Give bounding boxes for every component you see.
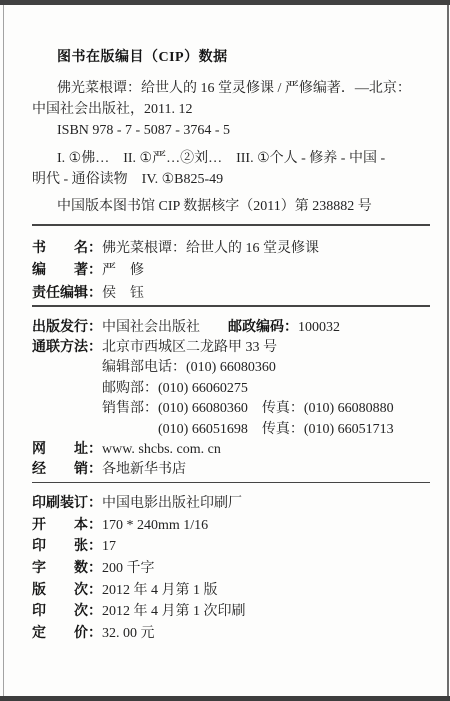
publisher-section: 出版发行： 中国社会出版社 邮政编码： 100032 通联方法： 北京市西城区二… [32,318,430,481]
publisher-row: 出版发行： 中国社会出版社 邮政编码： 100032 [32,318,430,338]
cip-entry-line2: 中国社会出版社，2011. 12 [32,99,430,120]
cip-classification-line1: I. ①佛… II. ①严…②刘… III. ①个人 - 修养 - 中国 - [32,148,430,169]
cip-heading: 图书在版编目（CIP）数据 [32,47,430,69]
printer-label: 印刷装订： [32,493,102,515]
editor-label: 责任编辑： [32,283,102,306]
website-label: 网 址： [32,440,102,460]
printer-row: 印刷装订： 中国电影出版社印刷厂 [32,493,430,515]
author-label: 编 著： [32,260,102,283]
price-value: 32. 00 元 [102,623,155,645]
printing-section: 印刷装订： 中国电影出版社印刷厂 开 本： 170 * 240mm 1/16 印… [32,493,430,644]
page-content: 图书在版编目（CIP）数据 佛光菜根谭：给世人的 16 堂灵修课 / 严修编著．… [32,0,430,644]
impression-row: 印 次： 2012 年 4 月第 1 次印刷 [32,601,430,623]
distribution-label: 经 销： [32,460,102,480]
sales-value: 销售部：(010) 66080360 传真：(010) 66080880 [102,399,394,419]
contact-row: 通联方法： 北京市西城区二龙路甲 33 号 [32,338,430,358]
sales-row-2: (010) 66051698 传真：(010) 66051713 [32,420,430,440]
edition-row: 版 次： 2012 年 4 月第 1 版 [32,580,430,602]
editor-row: 责任编辑： 侯 钰 [32,283,430,306]
mail-order-value: 邮购部：(010) 66060275 [102,379,248,399]
editorial-phone-value: 编辑部电话：(010) 66080360 [102,358,276,378]
cip-record-number: 中国版本图书馆 CIP 数据核字（2011）第 238882 号 [32,196,430,217]
book-copyright-page: 图书在版编目（CIP）数据 佛光菜根谭：给世人的 16 堂灵修课 / 严修编著．… [0,0,450,701]
distribution-row: 经 销： 各地新华书店 [32,460,430,480]
publisher-label: 出版发行： [32,318,102,338]
price-row: 定 价： 32. 00 元 [32,623,430,645]
scan-left-edge [3,5,4,696]
book-info-section: 书 名： 佛光菜根谭：给世人的 16 堂灵修课 编 著： 严 修 责任编辑： 侯… [32,238,430,306]
sheets-label: 印 张： [32,536,102,558]
format-row: 开 本： 170 * 240mm 1/16 [32,515,430,537]
book-title-row: 书 名： 佛光菜根谭：给世人的 16 堂灵修课 [32,238,430,261]
format-label: 开 本： [32,515,102,537]
format-value: 170 * 240mm 1/16 [102,515,208,537]
book-title-value: 佛光菜根谭：给世人的 16 堂灵修课 [102,238,319,261]
word-count-label: 字 数： [32,558,102,580]
scan-bottom-edge [0,696,450,701]
impression-value: 2012 年 4 月第 1 次印刷 [102,601,246,623]
cip-entry-line1: 佛光菜根谭：给世人的 16 堂灵修课 / 严修编著．—北京： [32,78,430,99]
editor-value: 侯 钰 [102,283,144,306]
edition-label: 版 次： [32,580,102,602]
publisher-value: 中国社会出版社 [102,318,200,338]
word-count-value: 200 千字 [102,558,155,580]
editorial-phone-row: 编辑部电话：(010) 66080360 [32,358,430,378]
contact-value: 北京市西城区二龙路甲 33 号 [102,338,277,358]
divider-after-publisher [32,482,430,484]
impression-label: 印 次： [32,601,102,623]
author-value: 严 修 [102,260,144,283]
distribution-value: 各地新华书店 [102,460,186,480]
cip-classification-line2: 明代 - 通俗读物 IV. ①B825-49 [32,169,430,190]
sheets-row: 印 张： 17 [32,536,430,558]
sheets-value: 17 [102,536,116,558]
printer-value: 中国电影出版社印刷厂 [102,493,242,515]
edition-value: 2012 年 4 月第 1 版 [102,580,218,602]
divider-after-book-info [32,305,430,307]
postcode-value: 100032 [298,318,340,338]
divider-after-cip [32,224,430,226]
author-row: 编 著： 严 修 [32,260,430,283]
website-value: www. shcbs. com. cn [102,440,221,460]
postcode-label: 邮政编码： [228,318,298,338]
sales-row: 销售部：(010) 66080360 传真：(010) 66080880 [32,399,430,419]
cip-block: 图书在版编目（CIP）数据 佛光菜根谭：给世人的 16 堂灵修课 / 严修编著．… [32,47,430,217]
scan-right-edge [447,5,449,696]
price-label: 定 价： [32,623,102,645]
cip-isbn: ISBN 978 - 7 - 5087 - 3764 - 5 [32,120,430,141]
sales-value-2: (010) 66051698 传真：(010) 66051713 [158,420,394,440]
website-row: 网 址： www. shcbs. com. cn [32,440,430,460]
contact-label: 通联方法： [32,338,102,358]
book-title-label: 书 名： [32,238,102,261]
mail-order-row: 邮购部：(010) 66060275 [32,379,430,399]
word-count-row: 字 数： 200 千字 [32,558,430,580]
